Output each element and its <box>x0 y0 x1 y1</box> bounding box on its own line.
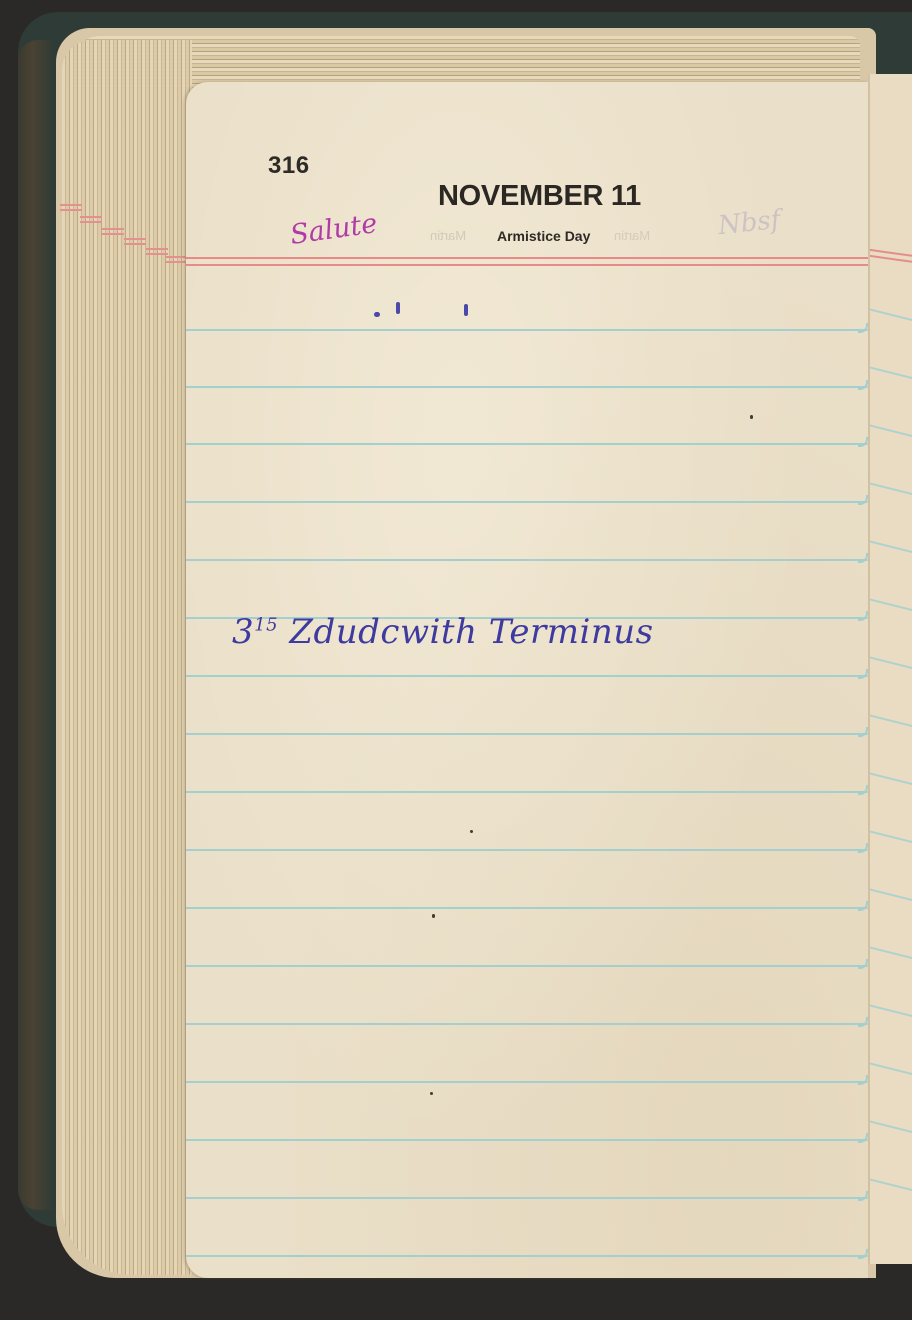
page-number: 316 <box>268 152 310 180</box>
ink-marks <box>372 300 482 324</box>
ruled-line <box>186 675 868 677</box>
facing-page-header-rule <box>870 249 912 263</box>
ruled-line <box>186 733 868 735</box>
ruled-line <box>186 501 868 503</box>
facing-page-rule <box>870 541 912 554</box>
header-double-rule <box>186 257 868 266</box>
facing-page-rule <box>870 715 912 728</box>
showthrough-text: Martin <box>430 228 466 243</box>
facing-page-rule <box>870 657 912 670</box>
date-heading: NOVEMBER 11 <box>438 180 641 213</box>
facing-page-rule <box>870 483 912 496</box>
facing-page-rule <box>870 1179 912 1192</box>
facing-page-rule <box>870 599 912 612</box>
facing-page-rule <box>870 889 912 902</box>
entry-time-hour: 3 <box>232 612 254 652</box>
ruled-line <box>186 386 868 388</box>
facing-page-rule <box>870 1005 912 1018</box>
entry-text: Zdudcwith Terminus <box>289 612 653 652</box>
handwritten-entry: 315 Zdudcwith Terminus <box>232 612 654 652</box>
facing-page-rule <box>870 773 912 786</box>
header-rule-on-stack <box>58 200 186 270</box>
book-spine <box>18 40 54 1210</box>
ruled-line <box>186 791 868 793</box>
facing-page-rule <box>870 425 912 438</box>
paper-speck <box>470 830 473 833</box>
ruled-line <box>186 849 868 851</box>
facing-page <box>868 74 912 1264</box>
showthrough-text: Martin <box>614 228 650 243</box>
paper-speck <box>430 1092 433 1095</box>
ruled-line <box>186 443 868 445</box>
ruled-line <box>186 1081 868 1083</box>
ruled-line <box>186 1023 868 1025</box>
facing-page-rule <box>870 1121 912 1134</box>
ruled-line <box>186 329 868 331</box>
ruled-line <box>186 1197 868 1199</box>
ruled-line <box>186 1255 868 1257</box>
facing-page-rule <box>870 309 912 322</box>
ruled-line <box>186 559 868 561</box>
paper-speck <box>750 415 753 419</box>
ruled-line <box>186 1139 868 1141</box>
entry-time-minutes: 15 <box>254 615 278 636</box>
facing-page-rule <box>870 947 912 960</box>
paper-speck <box>432 914 435 918</box>
holiday-label: Armistice Day <box>497 228 590 244</box>
facing-page-rule <box>870 367 912 380</box>
facing-page-rule <box>870 1063 912 1076</box>
ruled-line <box>186 907 868 909</box>
ruled-line <box>186 965 868 967</box>
facing-page-rule <box>870 831 912 844</box>
